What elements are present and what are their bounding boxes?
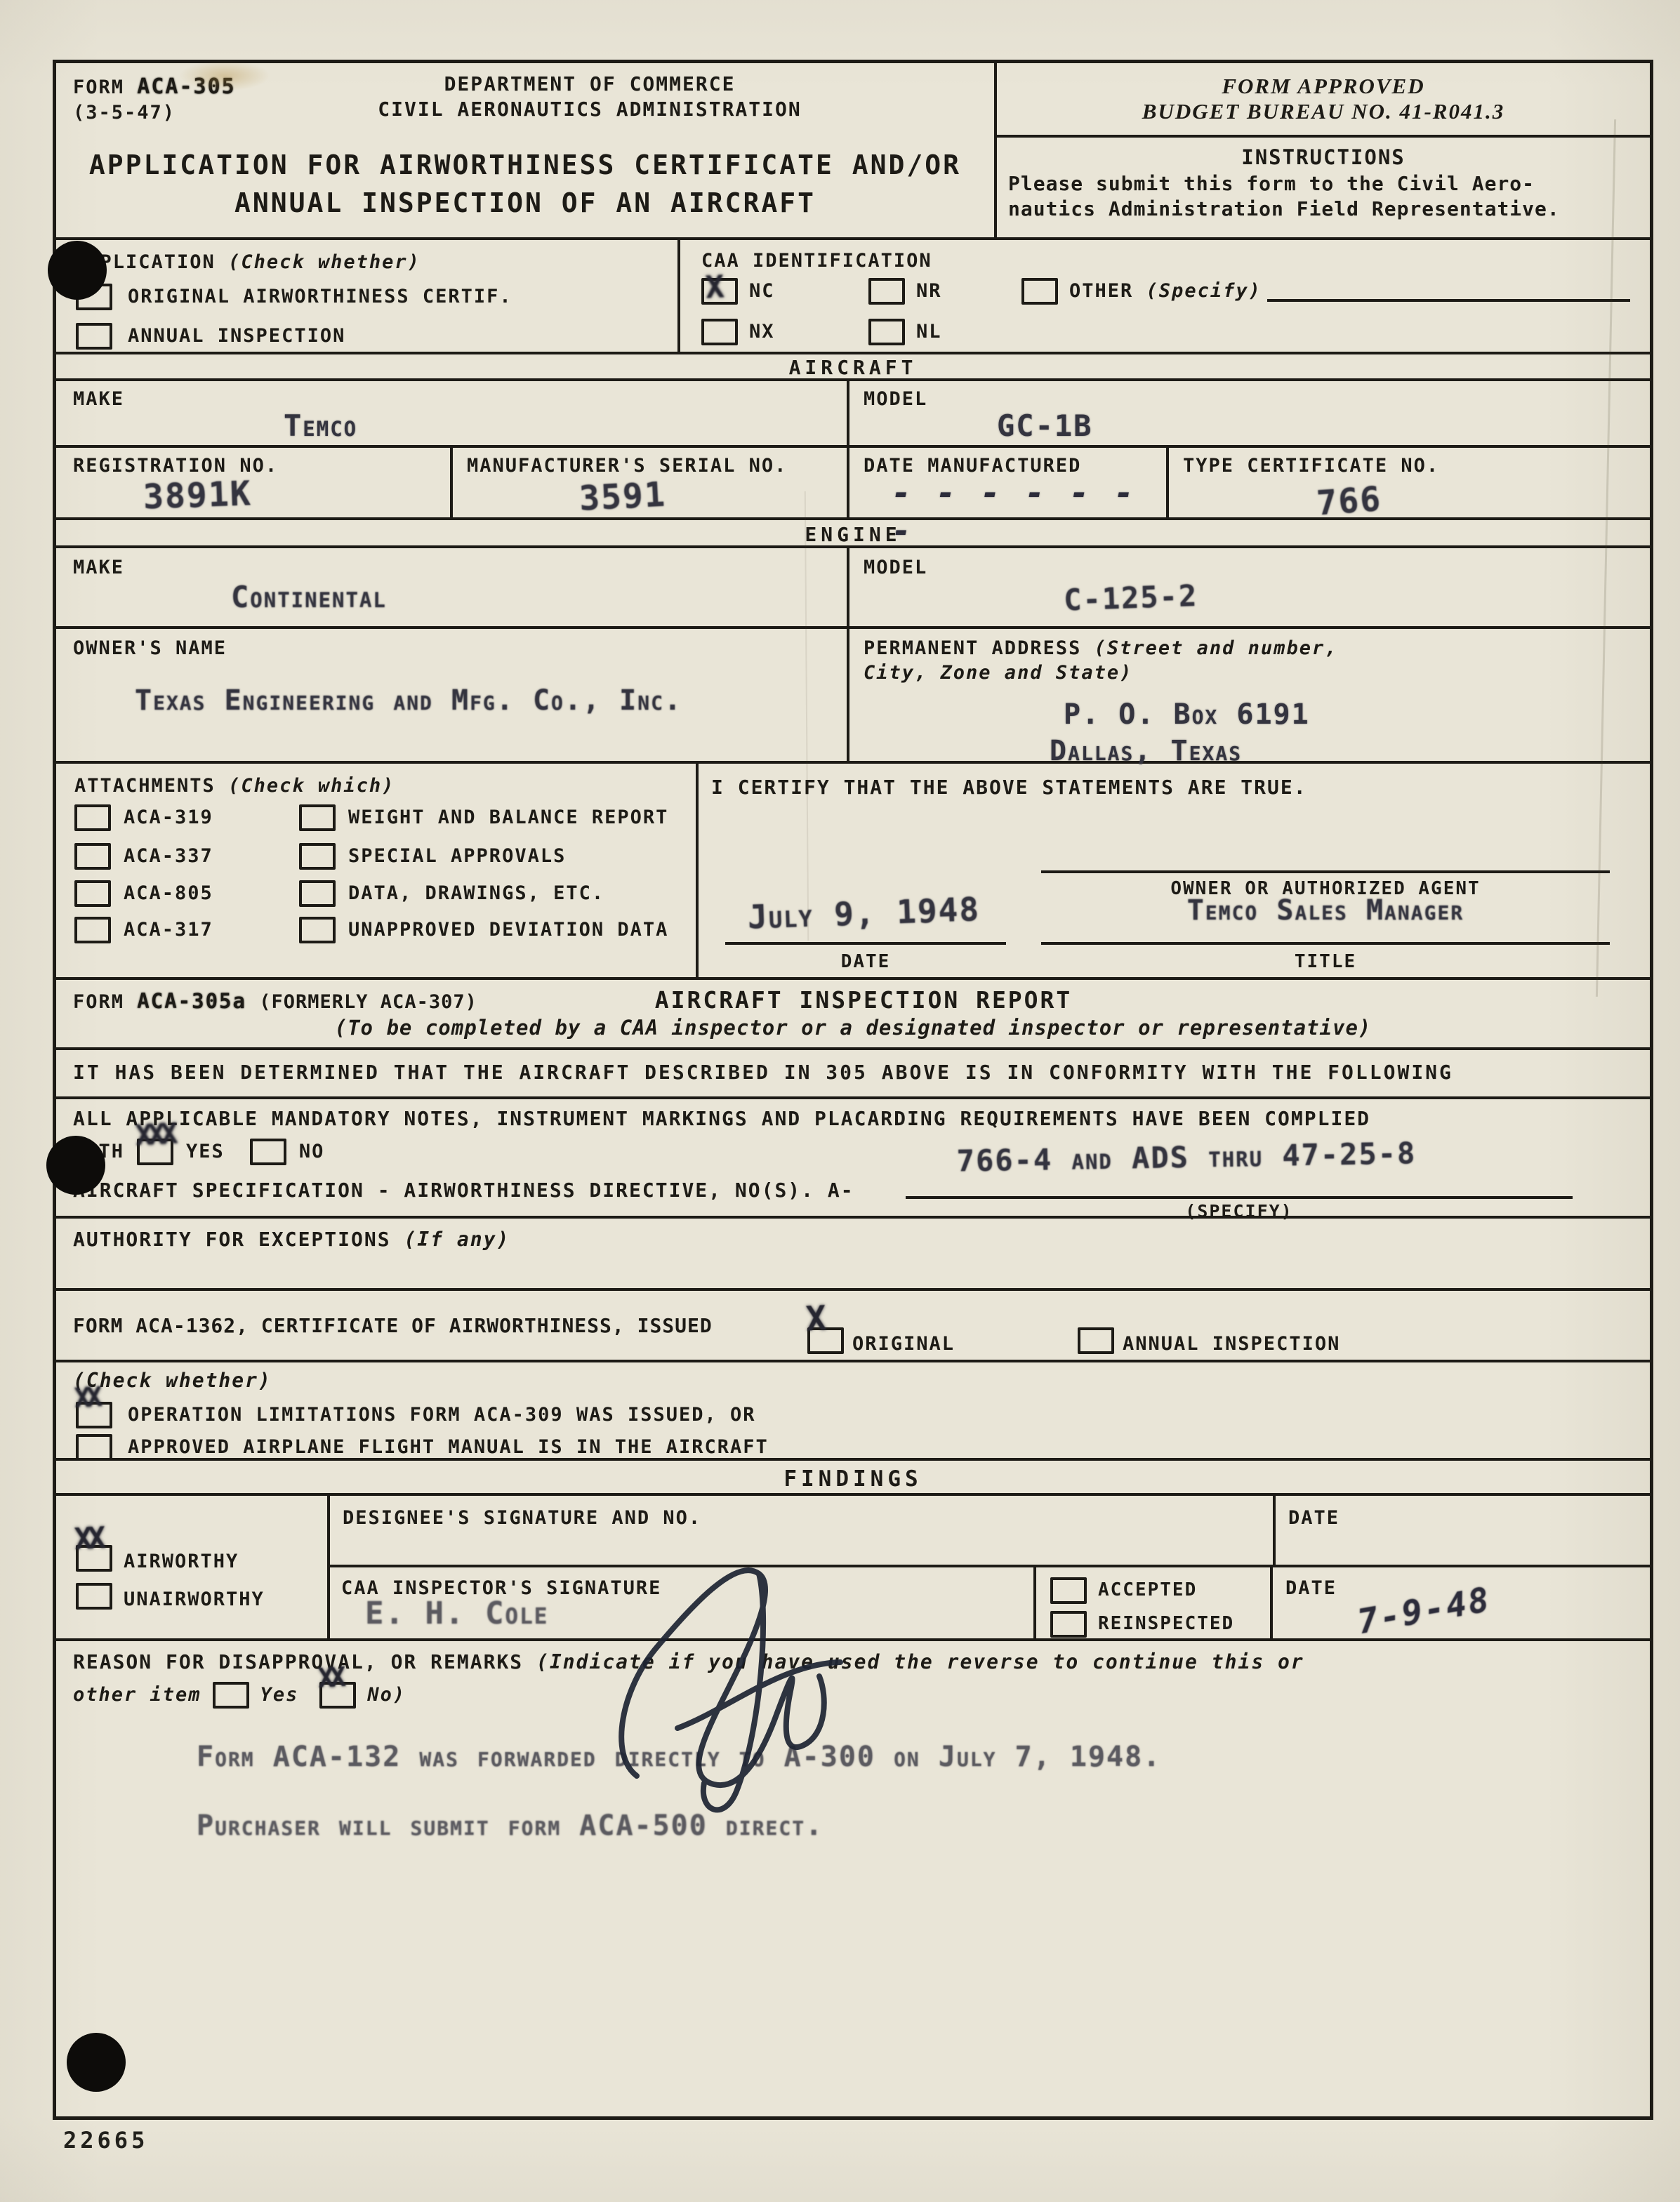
aircraft-make-model-row: MAKE Temco MODEL GC-1B: [56, 381, 1650, 448]
determined-statement: IT HAS BEEN DETERMINED THAT THE AIRCRAFT…: [56, 1050, 1650, 1085]
flight-manual-label: APPROVED AIRPLANE FLIGHT MANUAL IS IN TH…: [128, 1435, 769, 1459]
attachments-label: ATTACHMENTS (Check which): [74, 774, 395, 798]
owner-name-cell: OWNER'S NAME Texas Engineering and Mfg. …: [56, 629, 849, 761]
nr-label: NR: [916, 279, 1021, 303]
annual-inspection-checkbox[interactable]: [76, 323, 112, 350]
aircraft-make-value[interactable]: Temco: [284, 409, 847, 443]
stamp-number: 22665: [63, 2127, 148, 2154]
designee-signature-cell[interactable]: DESIGNEE'S SIGNATURE AND NO.: [330, 1496, 1276, 1565]
owner-address-cell: PERMANENT ADDRESS (Street and number, Ci…: [849, 629, 1650, 761]
header-row: FORM ACA-305 (3-5-47) DEPARTMENT OF COMM…: [56, 63, 1650, 240]
aircraft-make-cell: MAKE Temco: [56, 381, 849, 445]
agent-title-value[interactable]: Temco Sales Manager: [1041, 894, 1610, 927]
owner-row: OWNER'S NAME Texas Engineering and Mfg. …: [56, 629, 1650, 764]
aircraft-model-cell: MODEL GC-1B: [849, 381, 1650, 445]
remarks-label: REASON FOR DISAPPROVAL, OR REMARKS (Indi…: [73, 1650, 1304, 1675]
accepted-label: ACCEPTED: [1098, 1579, 1197, 1603]
type-certificate-cell: TYPE CERTIFICATE NO. 766: [1169, 448, 1650, 517]
spec-directive-line[interactable]: [906, 1178, 1573, 1199]
owner-name-value[interactable]: Texas Engineering and Mfg. Co., Inc.: [135, 684, 847, 717]
engine-model-cell: MODEL C-125-2: [849, 548, 1650, 626]
unapproved-deviation-checkbox[interactable]: [299, 917, 336, 943]
authority-label: AUTHORITY FOR EXCEPTIONS (If any): [56, 1219, 1650, 1252]
findings-right: DESIGNEE'S SIGNATURE AND NO. DATE CAA IN…: [330, 1496, 1650, 1638]
remarks-hint2: other item: [73, 1683, 201, 1707]
other-specify-line[interactable]: [1267, 281, 1630, 302]
unairworthy-label: UNAIRWORTHY: [124, 1587, 265, 1612]
spec-directive-value[interactable]: 766-4 and ADS thru 47-25-8: [899, 1135, 1475, 1179]
aca1362-label: FORM ACA-1362, CERTIFICATE OF AIRWORTHIN…: [73, 1313, 713, 1339]
date-manufactured-cell: DATE MANUFACTURED - - - - - - -: [849, 448, 1169, 517]
scanned-form-page: { "page": { "stamp_number": "22665" }, "…: [0, 0, 1680, 2202]
airworthy-label: AIRWORTHY: [124, 1549, 239, 1574]
issued-annual-checkbox[interactable]: [1078, 1327, 1114, 1354]
airworthy-cell: XX AIRWORTHY UNAIRWORTHY: [56, 1496, 330, 1638]
other-checkbox[interactable]: [1021, 278, 1058, 305]
department-line2: CIVIL AERONAUTICS ADMINISTRATION: [239, 97, 941, 122]
instructions-body-line2: nautics Administration Field Representat…: [997, 197, 1650, 222]
issued-annual-label: ANNUAL INSPECTION: [1123, 1332, 1340, 1356]
data-drawings-label: DATA, DRAWINGS, ETC.: [348, 881, 604, 906]
attachments-row: ATTACHMENTS (Check which) ACA-319 WEIGHT…: [56, 764, 1650, 980]
aca1362-row: FORM ACA-1362, CERTIFICATE OF AIRWORTHIN…: [56, 1291, 1650, 1362]
application-label: APPLICATION (Check whether): [74, 250, 421, 274]
engine-make-value[interactable]: Continental: [231, 580, 847, 614]
notes-yes-label: YES: [186, 1139, 225, 1164]
caa-identification-cell: CAA IDENTIFICATION X NC NR OTHER (Specif…: [680, 240, 1650, 352]
flight-manual-checkbox[interactable]: [76, 1434, 112, 1461]
checkbox-mark: X: [705, 269, 721, 305]
remarks-row: REASON FOR DISAPPROVAL, OR REMARKS (Indi…: [56, 1641, 1650, 2116]
issued-original-label: ORIGINAL: [852, 1332, 955, 1356]
inspection-report-header-row: FORM ACA-305a (FORMERLY ACA-307) AIRCRAF…: [56, 980, 1650, 1050]
aca-317-label: ACA-317: [124, 917, 299, 942]
aca-337-label: ACA-337: [124, 844, 299, 868]
certify-statement: I CERTIFY THAT THE ABOVE STATEMENTS ARE …: [711, 775, 1307, 800]
nx-label: NX: [749, 319, 868, 344]
hole-punch: [46, 1136, 105, 1195]
aca-805-label: ACA-805: [124, 881, 299, 906]
instructions-body-line1: Please submit this form to the Civil Aer…: [997, 171, 1650, 197]
application-cell: APPLICATION (Check whether) X ORIGINAL A…: [56, 240, 680, 352]
engine-section-title: ENGINE: [56, 520, 1650, 548]
nl-checkbox[interactable]: [868, 319, 905, 345]
data-drawings-checkbox[interactable]: [299, 880, 336, 907]
certification-cell: I CERTIFY THAT THE ABOVE STATEMENTS ARE …: [699, 764, 1650, 977]
spec-directive-label: AIRCRAFT SPECIFICATION - AIRWORTHINESS D…: [73, 1178, 854, 1203]
checkbox-mark: XX: [74, 1381, 99, 1414]
certification-date-line[interactable]: [725, 924, 1006, 945]
registration-cell: REGISTRATION NO. 3891K: [56, 448, 453, 517]
header-right-cell: FORM APPROVED BUDGET BUREAU NO. 41-R041.…: [997, 63, 1650, 237]
checkbox-mark: XX: [74, 1520, 102, 1556]
nc-label: NC: [749, 279, 868, 303]
notes-spec-row: ALL APPLICABLE MANDATORY NOTES, INSTRUME…: [56, 1099, 1650, 1219]
nr-checkbox[interactable]: [868, 278, 905, 305]
other-label: OTHER (Specify): [1069, 279, 1262, 303]
remarks-no-label: No): [367, 1683, 406, 1707]
notes-yes-checkbox[interactable]: XXX: [137, 1139, 173, 1165]
owner-name-label: OWNER'S NAME: [73, 636, 847, 661]
special-approvals-label: SPECIAL APPROVALS: [348, 844, 566, 868]
remarks-body-line1: Form ACA-132 was forwarded directly to A…: [197, 1741, 1161, 1773]
annual-inspection-label: ANNUAL INSPECTION: [128, 324, 345, 348]
agent-signature-line[interactable]: [1041, 852, 1610, 873]
aca-805-checkbox[interactable]: [74, 880, 111, 907]
unairworthy-checkbox[interactable]: [76, 1583, 112, 1610]
operation-limitations-checkbox[interactable]: XX: [76, 1402, 112, 1428]
aircraft-make-label: MAKE: [73, 387, 847, 411]
weight-balance-checkbox[interactable]: [299, 804, 336, 831]
department-line1: DEPARTMENT OF COMMERCE: [239, 72, 941, 97]
serial-cell: MANUFACTURER'S SERIAL NO. 3591: [453, 448, 849, 517]
designee-date-cell[interactable]: DATE: [1276, 1496, 1650, 1565]
engine-make-model-row: MAKE Continental MODEL C-125-2: [56, 548, 1650, 629]
nl-label: NL: [916, 319, 942, 344]
title-label: TITLE: [1041, 950, 1610, 974]
notes-no-checkbox[interactable]: [250, 1139, 286, 1165]
unapproved-deviation-label: UNAPPROVED DEVIATION DATA: [348, 917, 668, 942]
aca-337-checkbox[interactable]: [74, 843, 111, 870]
page-title-line2: ANNUAL INSPECTION OF AN AIRCRAFT: [56, 184, 994, 222]
nx-checkbox[interactable]: [701, 319, 738, 345]
authority-row: AUTHORITY FOR EXCEPTIONS (If any): [56, 1219, 1650, 1291]
form-approved-line1: FORM APPROVED: [997, 74, 1650, 99]
remarks-no-checkbox[interactable]: XX: [319, 1682, 356, 1709]
designee-date-label: DATE: [1288, 1506, 1340, 1530]
page-title-line1: APPLICATION FOR AIRWORTHINESS CERTIFICAT…: [56, 146, 994, 184]
caa-identification-label: CAA IDENTIFICATION: [701, 248, 932, 273]
inspector-name-value: E. H. Cole: [365, 1596, 548, 1631]
paper-stain: [179, 60, 270, 91]
report-form-number: FORM ACA-305a (FORMERLY ACA-307): [73, 988, 477, 1015]
certification-date-label: DATE: [725, 950, 1006, 974]
form-revision: (3-5-47): [73, 100, 236, 125]
hole-punch: [67, 2033, 126, 2092]
inspector-signature-cell[interactable]: CAA INSPECTOR'S SIGNATURE E. H. Cole: [330, 1567, 1036, 1638]
aca-317-checkbox[interactable]: [74, 917, 111, 943]
findings-section-title: FINDINGS: [56, 1461, 1650, 1496]
date-manufactured-value[interactable]: - - - - - - -: [892, 474, 1166, 550]
owner-address-label: PERMANENT ADDRESS (Street and number, Ci…: [864, 636, 1355, 685]
notes-no-label: NO: [299, 1139, 325, 1164]
hole-punch: [48, 241, 107, 300]
notes-line1: ALL APPLICABLE MANDATORY NOTES, INSTRUME…: [73, 1106, 1370, 1132]
inspection-date-cell: DATE 7-9-48: [1273, 1567, 1650, 1638]
checkbox-mark: XX: [317, 1662, 343, 1694]
designee-signature-label: DESIGNEE'S SIGNATURE AND NO.: [343, 1506, 701, 1530]
reinspected-label: REINSPECTED: [1098, 1612, 1234, 1636]
inspection-date-label: DATE: [1285, 1576, 1337, 1600]
owner-address-value-line1[interactable]: P. O. Box 6191: [1064, 696, 1636, 733]
attachments-cell: ATTACHMENTS (Check which) ACA-319 WEIGHT…: [56, 764, 699, 977]
original-airworthiness-label: ORIGINAL AIRWORTHINESS CERTIF.: [128, 284, 512, 309]
remarks-yes-checkbox[interactable]: [213, 1682, 249, 1709]
special-approvals-checkbox[interactable]: [299, 843, 336, 870]
reinspected-checkbox[interactable]: [1050, 1611, 1087, 1638]
report-title: AIRCRAFT INSPECTION REPORT: [442, 986, 1285, 1016]
remarks-body-line2: Purchaser will submit form ACA-500 direc…: [197, 1810, 824, 1842]
inspection-date-value[interactable]: 7-9-48: [1355, 1580, 1494, 1642]
check-whether-row: (Check whether) XX OPERATION LIMITATIONS…: [56, 1362, 1650, 1461]
application-row: APPLICATION (Check whether) X ORIGINAL A…: [56, 240, 1650, 354]
airworthy-checkbox[interactable]: XX: [76, 1545, 112, 1572]
findings-table-row: XX AIRWORTHY UNAIRWORTHY DESIGNEE'S SIGN…: [56, 1496, 1650, 1641]
issued-original-checkbox[interactable]: X: [807, 1327, 844, 1354]
engine-make-label: MAKE: [73, 555, 847, 580]
aca-319-label: ACA-319: [124, 805, 299, 830]
aircraft-section-title: AIRCRAFT: [56, 354, 1650, 381]
aca-319-checkbox[interactable]: [74, 804, 111, 831]
weight-balance-label: WEIGHT AND BALANCE REPORT: [348, 805, 668, 830]
instructions-title: INSTRUCTIONS: [997, 145, 1650, 171]
remarks-yes-label: Yes: [260, 1683, 299, 1707]
form-approved-line2: BUDGET BUREAU NO. 41-R041.3: [997, 99, 1650, 124]
engine-make-cell: MAKE Continental: [56, 548, 849, 626]
form-aca-305: FORM ACA-305 (3-5-47) DEPARTMENT OF COMM…: [53, 60, 1653, 2120]
aircraft-model-value[interactable]: GC-1B: [997, 409, 1650, 443]
accepted-cell: ACCEPTED REINSPECTED: [1036, 1567, 1273, 1638]
checkbox-mark: XXX: [135, 1118, 175, 1153]
check-whether-hint: (Check whether): [73, 1368, 272, 1393]
aircraft-detail-row: REGISTRATION NO. 3891K MANUFACTURER'S SE…: [56, 448, 1650, 520]
title-line[interactable]: [1041, 924, 1610, 945]
aircraft-model-label: MODEL: [864, 387, 1650, 411]
operation-limitations-label: OPERATION LIMITATIONS FORM ACA-309 WAS I…: [128, 1402, 756, 1427]
accepted-checkbox[interactable]: [1050, 1577, 1087, 1604]
nc-checkbox[interactable]: X: [701, 278, 738, 305]
checkbox-mark: X: [805, 1299, 824, 1339]
determined-row: IT HAS BEEN DETERMINED THAT THE AIRCRAFT…: [56, 1050, 1650, 1099]
